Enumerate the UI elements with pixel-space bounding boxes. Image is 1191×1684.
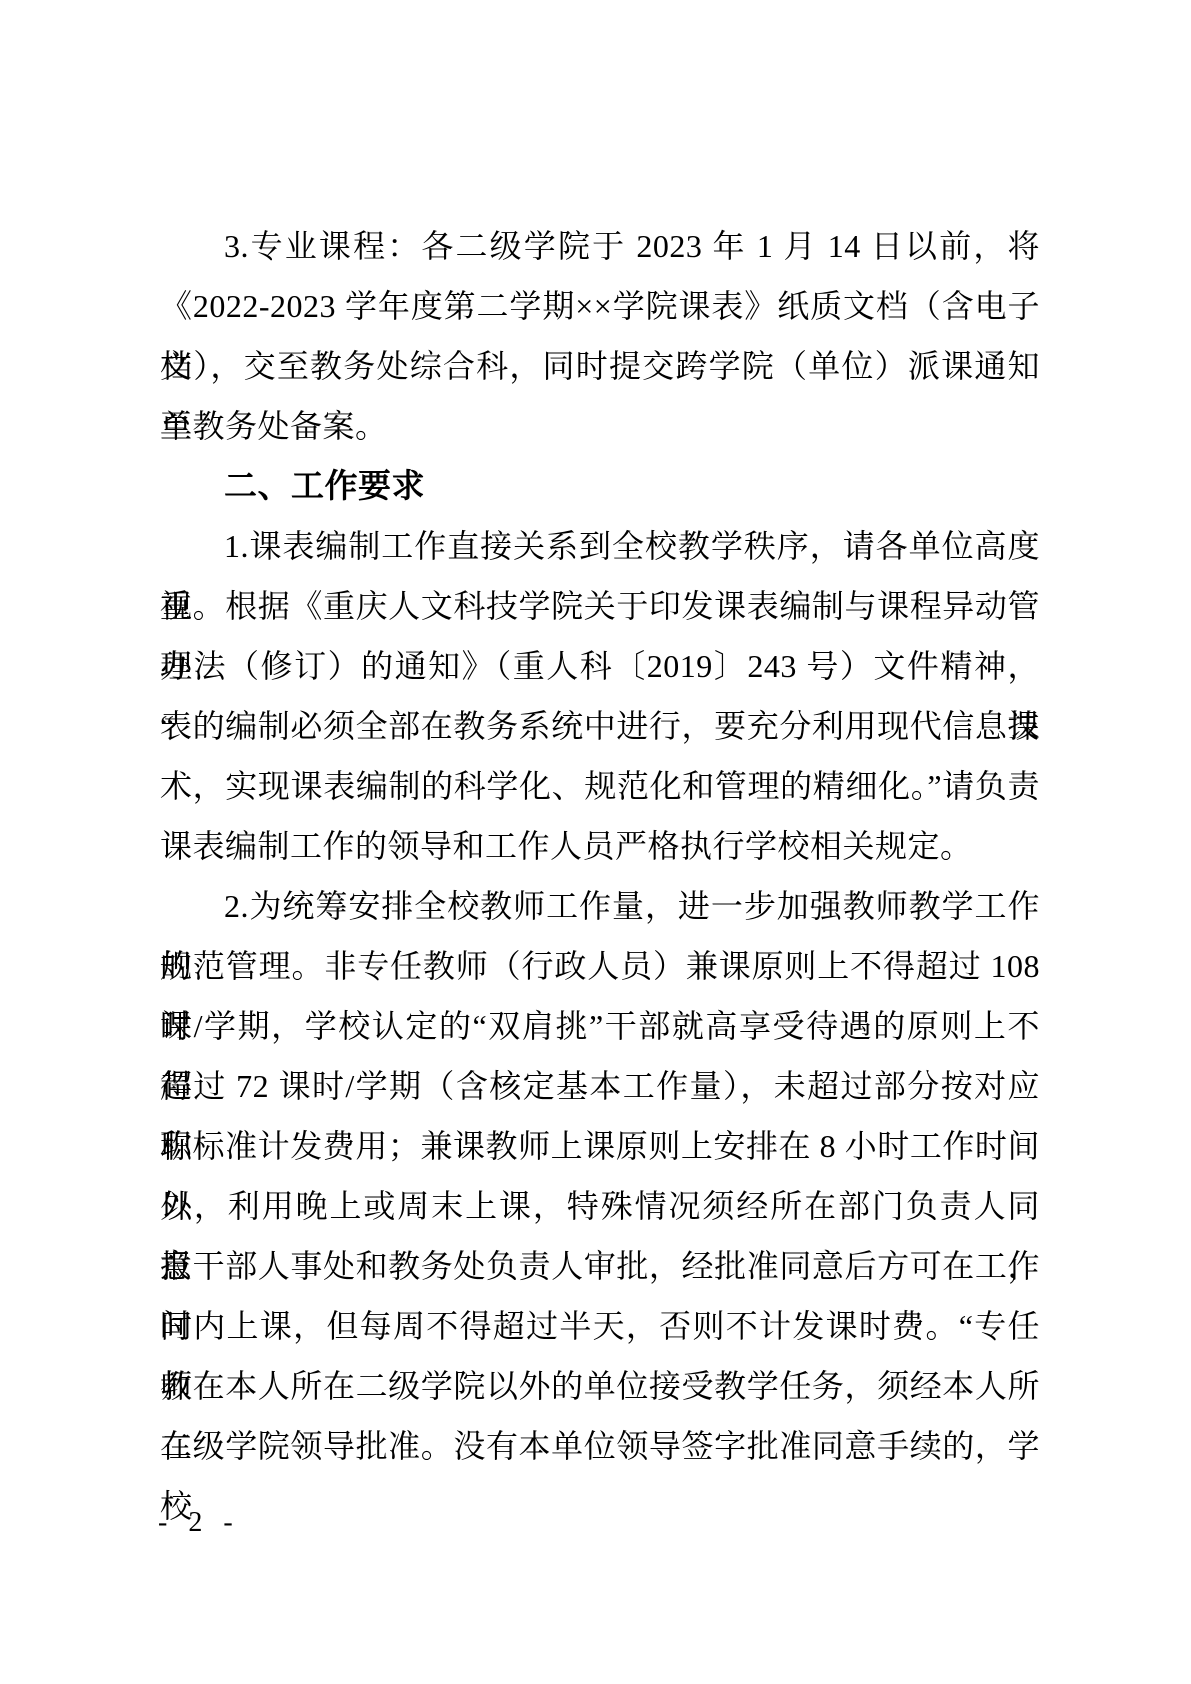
document-line: 至教务处备案。: [160, 396, 1040, 456]
document-line: 间内上课，但每周不得超过半天，否则不计发课时费。“专任教: [160, 1296, 1040, 1356]
document-line: 档），交至教务处综合科，同时提交跨学院（单位）派课通知单: [160, 336, 1040, 396]
document-line: 规范管理。非专任教师（行政人员）兼课原则上不得超过 108 课: [160, 936, 1040, 996]
document-line: 超过 72 课时/学期（含核定基本工作量），未超过部分按对应职: [160, 1056, 1040, 1116]
page-number: - 2 -: [158, 1496, 240, 1550]
document-line: 时/学期，学校认定的“双肩挑”干部就高享受待遇的原则上不得: [160, 996, 1040, 1056]
document-line: 《2022-2023 学年度第二学期××学院课表》纸质文档（含电子文: [160, 276, 1040, 336]
document-line: 报干部人事处和教务处负责人审批，经批准同意后方可在工作时: [160, 1236, 1040, 1296]
document-page: 3.专业课程：各二级学院于 2023 年 1 月 14 日以前，将 《2022-…: [0, 0, 1191, 1684]
document-line: 术，实现课表编制的科学化、规范化和管理的精细化。”请负责: [160, 756, 1040, 816]
document-line: 办法（修订）的通知》（重人科〔2019〕243 号）文件精神，“课: [160, 636, 1040, 696]
document-line: 课表编制工作的领导和工作人员严格执行学校相关规定。: [160, 816, 1040, 876]
document-line: 师在本人所在二级学院以外的单位接受教学任务，须经本人所在: [160, 1356, 1040, 1416]
document-body: 3.专业课程：各二级学院于 2023 年 1 月 14 日以前，将 《2022-…: [160, 216, 1040, 1476]
document-line: 外，利用晚上或周末上课，特殊情况须经所在部门负责人同意，: [160, 1176, 1040, 1236]
document-line: 称标准计发费用；兼课教师上课原则上安排在 8 小时工作时间以: [160, 1116, 1040, 1176]
section-heading: 二、工作要求: [160, 456, 1040, 516]
document-line: 2.为统筹安排全校教师工作量，进一步加强教师教学工作的: [160, 876, 1040, 936]
document-line: 视。根据《重庆人文科技学院关于印发课表编制与课程异动管理: [160, 576, 1040, 636]
document-line: 3.专业课程：各二级学院于 2023 年 1 月 14 日以前，将: [160, 216, 1040, 276]
document-line: 表的编制必须全部在教务系统中进行，要充分利用现代信息技: [160, 696, 1040, 756]
document-line: 1.课表编制工作直接关系到全校教学秩序，请各单位高度重: [160, 516, 1040, 576]
document-line: 二级学院领导批准。没有本单位领导签字批准同意手续的，学校: [160, 1416, 1040, 1476]
